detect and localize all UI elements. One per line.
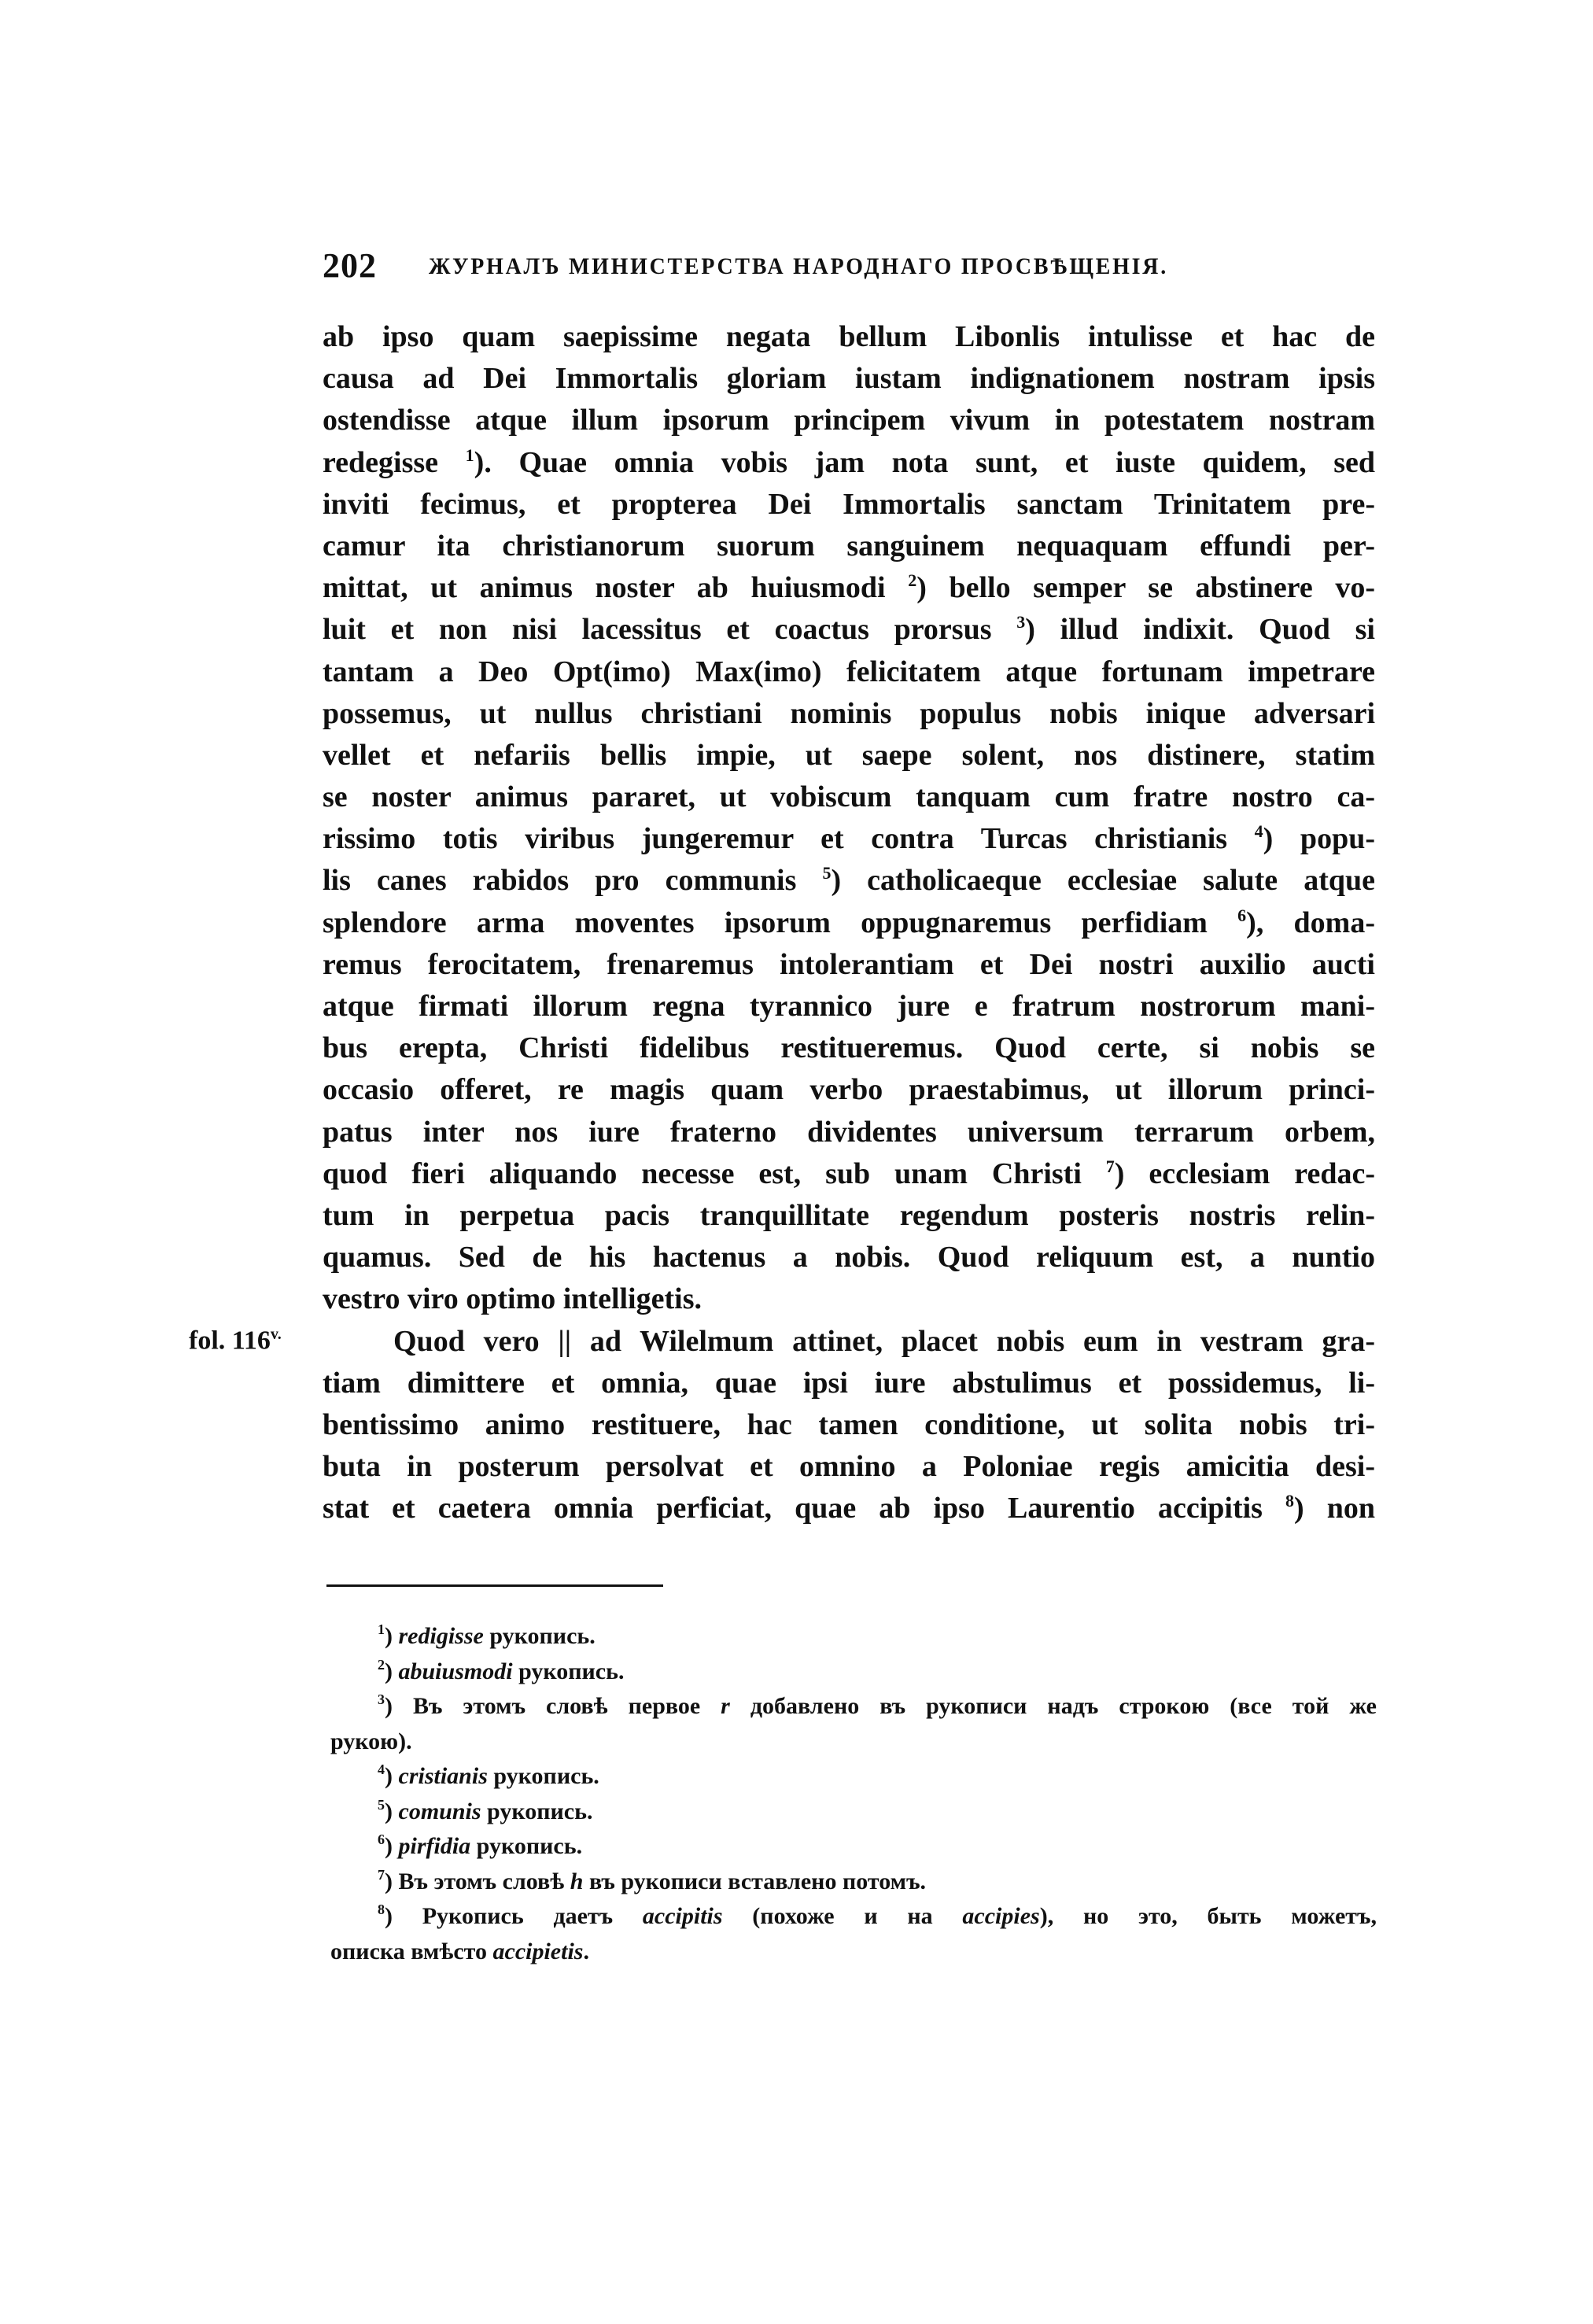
margin-note-text: fol. 116 [189,1326,271,1355]
text-line: rissimo totis viribus jungeremur et cont… [323,818,1375,860]
footnote-number: 3 [378,1691,385,1707]
text-line: quod fieri aliquando necesse est, sub un… [323,1153,1375,1195]
footnote: 7) Въ этомъ словѣ h въ рукописи вставлен… [330,1865,1377,1900]
text-line: camur ita christianorum suorum sanguinem… [323,526,1375,567]
text-line: redegisse 1). Quae omnia vobis jam nota … [323,442,1375,484]
footnote-ref: 4 [1255,821,1263,841]
footnote-ref: 7 [1106,1156,1115,1176]
text-line: ostendisse atque illum ipsorum principem… [323,400,1375,441]
footnote-ref: 5 [822,863,831,883]
text-line: Quod vero || ad Wilelmum attinet, placet… [323,1321,1375,1363]
footnote: 3) Въ этомъ словѣ первое r добавлено въ … [330,1689,1377,1725]
footnote: 4) cristianis рукопись. [330,1759,1377,1795]
text-line: occasio offeret, re magis quam verbo pra… [323,1069,1375,1111]
footnote-number: 6 [378,1832,385,1847]
running-title: ЖУРНАЛЪ МИНИСТЕРСТВА НАРОДНАГО ПРОСВѢЩЕН… [429,253,1168,280]
text-line: buta in posterum persolvat et omnino a P… [323,1446,1375,1488]
page-number: 202 [323,245,377,286]
text-line: possemus, ut nullus christiani nominis p… [323,693,1375,735]
footnote: 1) redigisse рукопись. [330,1619,1377,1654]
footnote-ref: 6 [1237,906,1246,925]
text-line: atque firmati illorum regna tyrannico ju… [323,986,1375,1027]
text-line: vellet et nefariis bellis impie, ut saep… [323,735,1375,777]
text-line: inviti fecimus, et propterea Dei Immorta… [323,484,1375,526]
text-line: lis canes rabidos pro communis 5) cathol… [323,860,1375,902]
text-line: tiam dimittere et omnia, quae ipsi iure … [323,1363,1375,1404]
text-line: mittat, ut animus noster ab huiusmodi 2)… [323,567,1375,609]
footnote-number: 7 [378,1867,385,1883]
text-line: causa ad Dei Immortalis gloriam iustam i… [323,358,1375,400]
text-line: patus inter nos iure fraterno dividentes… [323,1112,1375,1153]
text-line: bus erepta, Christi fidelibus restituere… [323,1027,1375,1069]
text-line: splendore arma moventes ipsorum oppugnar… [323,902,1375,944]
text-line: remus ferocitatem, frenaremus intolerant… [323,944,1375,986]
page-header: 202 ЖУРНАЛЪ МИНИСТЕРСТВА НАРОДНАГО ПРОСВ… [323,245,1377,285]
footnotes: 1) redigisse рукопись.2) abuiusmodi руко… [330,1619,1377,1969]
body-text: ab ipso quam saepissime negata bellum Li… [323,316,1375,1529]
text-line: vestro viro optimo intelligetis. [323,1278,1375,1320]
margin-note-sup: v. [271,1326,282,1343]
footnote-ref: 1 [466,445,474,465]
footnote: рукою). [330,1725,1377,1760]
footnote-number: 1 [378,1621,385,1637]
text-line: se noster animus pararet, ut vobiscum ta… [323,777,1375,818]
footnote: 2) abuiusmodi рукопись. [330,1654,1377,1690]
footnote-number: 2 [378,1657,385,1673]
text-line: quamus. Sed de his hactenus a nobis. Quo… [323,1237,1375,1278]
text-line: tantam a Deo Opt(imo) Max(imo) felicitat… [323,651,1375,693]
text-line: stat et caetera omnia perficiat, quae ab… [323,1488,1375,1529]
footnote: 6) pirfidia рукопись. [330,1829,1377,1865]
text-line: ab ipso quam saepissime negata bellum Li… [323,316,1375,358]
text-line: tum in perpetua pacis tranquillitate reg… [323,1195,1375,1237]
text-line: bentissimo animo restituere, hac tamen c… [323,1404,1375,1446]
footnote-number: 4 [378,1761,385,1777]
footnote: 8) Рукопись даетъ accipitis (похоже и на… [330,1899,1377,1935]
footnote-number: 5 [378,1797,385,1813]
footnote-ref: 8 [1285,1491,1294,1511]
footnote-number: 8 [378,1902,385,1917]
margin-note-folio: fol. 116v. [189,1326,282,1356]
footnote-ref: 3 [1016,612,1025,632]
footnote-ref: 2 [908,570,916,590]
footnote-separator [326,1584,663,1587]
text-line: luit et non nisi lacessitus et coactus p… [323,609,1375,651]
footnote: описка вмѣсто accipietis. [330,1935,1377,1970]
footnote: 5) comunis рукопись. [330,1795,1377,1830]
